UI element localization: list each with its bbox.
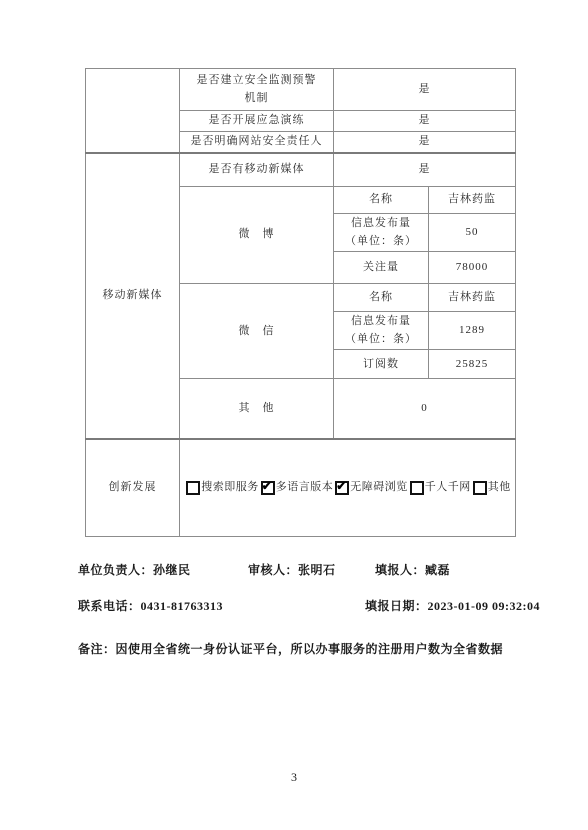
checkbox-multilingual-icon xyxy=(261,481,275,495)
question-cell: 是否明确网站安全责任人 xyxy=(180,132,334,153)
checkbox-label: 无障碍浏览 xyxy=(350,479,408,497)
checkbox-label: 多语言版本 xyxy=(276,479,334,497)
section-label-empty-cell xyxy=(86,69,180,153)
table-row: 创新发展 搜索即服务 多语言版本 无障碍浏览 千人千网 其他 xyxy=(86,439,516,537)
field-cell: 名称 xyxy=(334,187,429,214)
section-label-innovation: 创新发展 xyxy=(86,439,180,537)
field-cell: 订阅数 xyxy=(334,350,429,379)
checkbox-label: 千人千网 xyxy=(425,479,471,497)
report-date-text: 填报日期：2023-01-09 09:32:04 xyxy=(365,597,540,614)
field-line: 信息发布量 xyxy=(338,215,424,233)
checkbox-accessibility-icon xyxy=(335,481,349,495)
value-cell: 吉林药监 xyxy=(429,187,516,214)
value-cell: 50 xyxy=(429,214,516,252)
question-line: 是否建立安全监测预警 xyxy=(184,72,329,90)
field-line: 信息发布量 xyxy=(338,313,424,331)
checkbox-personalized-icon xyxy=(410,481,424,495)
value-cell: 25825 xyxy=(429,350,516,379)
checkbox-other-icon xyxy=(473,481,487,495)
form-page: 是否建立安全监测预警 机制 是 是否开展应急演练 是 是否明确网站安全责任人 是… xyxy=(0,0,588,830)
reviewer-text: 审核人：张明石 xyxy=(248,561,336,578)
answer-cell: 是 xyxy=(334,111,516,132)
value-cell: 1289 xyxy=(429,312,516,350)
field-cell: 关注量 xyxy=(334,252,429,284)
checkbox-search-service-icon xyxy=(186,481,200,495)
report-table: 是否建立安全监测预警 机制 是 是否开展应急演练 是 是否明确网站安全责任人 是… xyxy=(85,68,516,537)
field-line: （单位：条） xyxy=(338,233,424,251)
weibo-label-cell: 微 博 xyxy=(180,187,334,284)
answer-cell: 是 xyxy=(334,153,516,187)
section-label-mobile-media: 移动新媒体 xyxy=(86,153,180,439)
field-line: （单位：条） xyxy=(338,331,424,349)
value-cell: 78000 xyxy=(429,252,516,284)
checkbox-label: 其他 xyxy=(488,479,511,497)
checkbox-label: 搜索即服务 xyxy=(201,479,259,497)
field-cell: 名称 xyxy=(334,284,429,312)
filler-text: 填报人：臧磊 xyxy=(375,561,450,578)
contact-phone-text: 联系电话：0431-81763313 xyxy=(78,597,223,614)
table-row: 是否建立安全监测预警 机制 是 xyxy=(86,69,516,111)
wechat-label-cell: 微 信 xyxy=(180,284,334,379)
question-cell: 是否有移动新媒体 xyxy=(180,153,334,187)
field-cell: 信息发布量 （单位：条） xyxy=(334,312,429,350)
remark-text: 备注：因使用全省统一身份认证平台，所以办事服务的注册用户数为全省数据 xyxy=(78,640,503,657)
other-value-cell: 0 xyxy=(334,379,516,439)
value-cell: 吉林药监 xyxy=(429,284,516,312)
innovation-options-cell: 搜索即服务 多语言版本 无障碍浏览 千人千网 其他 xyxy=(180,439,516,537)
answer-cell: 是 xyxy=(334,132,516,153)
other-label-cell: 其 他 xyxy=(180,379,334,439)
field-cell: 信息发布量 （单位：条） xyxy=(334,214,429,252)
checkbox-row: 搜索即服务 多语言版本 无障碍浏览 千人千网 其他 xyxy=(184,479,511,497)
question-cell: 是否建立安全监测预警 机制 xyxy=(180,69,334,111)
question-line: 机制 xyxy=(184,90,329,108)
answer-cell: 是 xyxy=(334,69,516,111)
question-cell: 是否开展应急演练 xyxy=(180,111,334,132)
page-number: 3 xyxy=(0,770,588,785)
unit-head-text: 单位负责人：孙继民 xyxy=(78,561,191,578)
table-row: 移动新媒体 是否有移动新媒体 是 xyxy=(86,153,516,187)
